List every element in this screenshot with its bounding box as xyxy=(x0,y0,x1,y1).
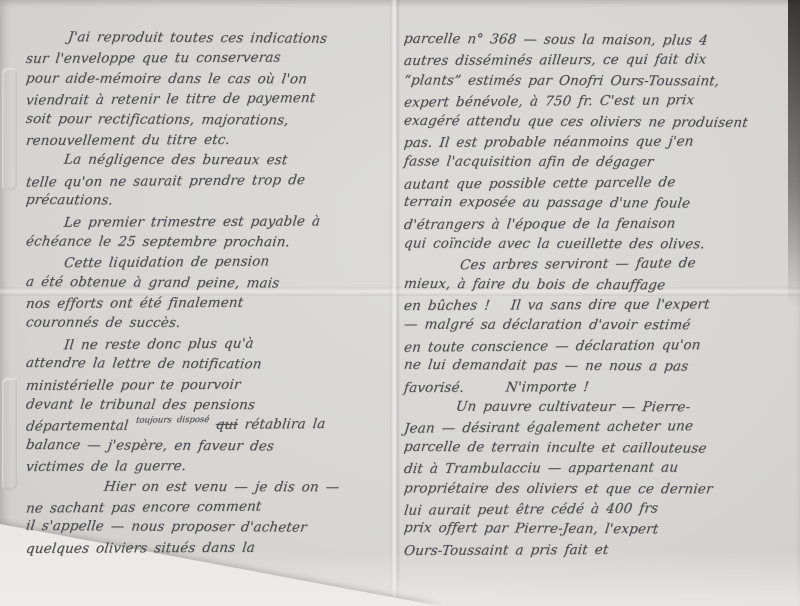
embossed-watermark xyxy=(2,68,17,190)
handwritten-line: échéance le 25 septembre prochain. xyxy=(25,231,388,252)
struck-word: qui xyxy=(215,417,239,433)
handwriting-text: échéance le 25 septembre prochain. xyxy=(25,233,291,250)
handwritten-line: terrain exposée au passage d'une foule xyxy=(403,192,796,215)
handwritten-line: il s'appelle — nous proposer d'acheter xyxy=(25,516,388,539)
handwritten-line: pour aide-mémoire dans le cas où l'on xyxy=(25,68,388,89)
handwritten-line: propriétaire des oliviers et que ce dern… xyxy=(403,478,796,499)
handwriting-text: Le premier trimestre est payable à xyxy=(63,213,321,230)
center-fold-crease xyxy=(390,0,400,606)
handwritten-line: balance — j'espère, en faveur des xyxy=(25,435,388,458)
handwritten-line: soit pour rectifications, majorations, xyxy=(25,108,388,131)
handwriting-text: Ours-Toussaint a pris fait et xyxy=(403,542,609,559)
handwritten-line: a été obtenue à grand peine, mais xyxy=(25,272,388,295)
handwritten-line: La négligence des bureaux est xyxy=(25,150,388,171)
handwritten-line: nos efforts ont été finalement xyxy=(25,292,387,314)
handwriting-text: Ces arbres serviront — faute de xyxy=(459,255,696,273)
handwritten-line: viendrait à retenir le titre de payement xyxy=(25,88,387,112)
handwriting-text: expert bénévole, à 750 fr. C'est un prix xyxy=(403,92,695,111)
handwriting-text: propriétaire des oliviers et que ce dern… xyxy=(403,480,714,497)
handwritten-line: qui coïncide avec la cueillette des oliv… xyxy=(403,233,796,254)
handwritten-line: sur l'enveloppe que tu conserveras xyxy=(25,47,387,69)
handwriting-text: d'étrangers à l'époque de la fenaison xyxy=(403,215,676,232)
handwriting-text: pas. Il est probable néanmoins que j'en xyxy=(403,133,694,151)
handwriting-text: Cette liquidation de pension xyxy=(63,254,270,272)
handwritten-line: quelques oliviers situés dans la xyxy=(25,537,387,559)
handwriting-text: en bûches ! Il va sans dire que l'expert xyxy=(403,296,711,314)
handwritten-line: Jean — désirant également acheter une xyxy=(403,416,795,440)
handwriting-text: qui coïncide avec la cueillette des oliv… xyxy=(403,235,706,252)
handwriting-text: soit pour rectifications, majorations, xyxy=(25,110,290,128)
handwriting-text: victimes de la guerre. xyxy=(25,458,187,475)
letter-page-left: J'ai reproduit toutes ces indicationssur… xyxy=(26,28,386,558)
handwriting-text: — malgré sa déclaration d'avoir estimé xyxy=(403,317,691,334)
handwritten-line: J'ai reproduit toutes ces indications xyxy=(25,27,388,50)
handwriting-text: ne sachant pas encore comment xyxy=(25,498,262,516)
handwritten-line: Ours-Toussaint a pris fait et xyxy=(403,539,795,561)
handwritten-line: Hier on est venu — je dis on — xyxy=(25,476,388,497)
handwriting-text: Jean — désirant également acheter une xyxy=(403,419,694,438)
handwriting-text: nos efforts ont été finalement xyxy=(25,295,244,312)
handwritten-line: expert bénévole, à 750 fr. C'est un prix xyxy=(403,89,795,113)
handwriting-text: quelques oliviers situés dans la xyxy=(25,540,256,557)
handwriting-text: attendre la lettre de notification xyxy=(25,355,263,372)
handwriting-text: couronnés de succès. xyxy=(25,315,181,331)
handwriting-text: Hier on est venu — je dis on — xyxy=(103,478,340,495)
handwritten-line: exagéré attendu que ces oliviers ne prod… xyxy=(403,110,796,133)
handwriting-text: ne lui demandait pas — ne nous a pas xyxy=(403,357,689,375)
handwriting-text: mieux, à faire du bois de chauffage xyxy=(403,276,666,294)
handwritten-line: d'étrangers à l'époque de la fenaison xyxy=(403,212,795,234)
handwritten-line: ne lui demandait pas — ne nous a pas xyxy=(403,355,796,378)
handwriting-text: favorisé. N'importe ! xyxy=(403,379,590,396)
handwriting-text: Il ne reste donc plus qu'à xyxy=(63,335,255,353)
handwriting-text: Un pauvre cultivateur — Pierre- xyxy=(455,399,691,416)
handwriting-text: rétablira la xyxy=(237,416,326,433)
handwritten-line: départemental toujours disposé qui rétab… xyxy=(25,414,387,438)
handwritten-line: Le premier trimestre est payable à xyxy=(25,211,387,233)
handwriting-text: en toute conscience — déclaration qu'on xyxy=(403,337,701,356)
handwritten-line: favorisé. N'importe ! xyxy=(403,376,795,398)
handwriting-text: a été obtenue à grand peine, mais xyxy=(25,274,280,292)
handwriting-text: viendrait à retenir le titre de payement xyxy=(25,90,316,109)
handwritten-line: parcelle n° 368 — sous la maison, plus 4 xyxy=(403,29,796,52)
handwritten-line: parcelle de terrain inculte et cailloute… xyxy=(403,437,796,460)
handwriting-text: renouvellement du titre etc. xyxy=(25,132,231,149)
handwritten-line: dit à Trambulacciu — appartenant au xyxy=(403,457,795,479)
handwriting-text: La négligence des bureaux est xyxy=(63,152,288,169)
handwriting-text: précautions. xyxy=(25,192,114,209)
handwriting-text: exagéré attendu que ces oliviers ne prod… xyxy=(403,112,749,130)
handwriting-text: fasse l'acquisition afin de dégager xyxy=(403,154,655,171)
handwriting-text: telle qu'on ne saurait prendre trop de xyxy=(25,172,306,190)
handwriting-text: balance — j'espère, en faveur des xyxy=(25,437,275,455)
handwritten-line: fasse l'acquisition afin de dégager xyxy=(403,152,796,173)
letter-photograph: J'ai reproduit toutes ces indicationssur… xyxy=(0,0,800,606)
handwritten-line: Ces arbres serviront — faute de xyxy=(403,253,795,277)
handwriting-text: départemental xyxy=(25,418,136,435)
handwritten-line: Un pauvre cultivateur — Pierre- xyxy=(403,397,796,418)
handwritten-line: attendre la lettre de notification xyxy=(25,353,388,376)
letter-page-right: parcelle n° 368 — sous la maison, plus 4… xyxy=(404,30,794,560)
handwritten-line: mieux, à faire du bois de chauffage xyxy=(403,274,796,297)
handwritten-line: pas. Il est probable néanmoins que j'en xyxy=(403,131,795,153)
handwritten-line: en bûches ! Il va sans dire que l'expert xyxy=(403,294,795,316)
handwritten-line: prix offert par Pierre-Jean, l'expert xyxy=(403,518,796,541)
handwritten-line: précautions. xyxy=(25,190,388,213)
handwriting-text: sur l'enveloppe que tu conserveras xyxy=(25,50,282,67)
handwriting-text: parcelle de terrain inculte et cailloute… xyxy=(403,439,708,457)
handwriting-text: devant le tribunal des pensions xyxy=(25,397,256,414)
handwritten-line: — malgré sa déclaration d'avoir estimé xyxy=(403,315,796,336)
handwriting-text: ministérielle pour te pourvoir xyxy=(25,376,241,393)
handwriting-text: autant que possible cette parcelle de xyxy=(403,174,676,192)
embossed-watermark xyxy=(2,378,17,490)
interline-insertion: toujours disposé xyxy=(135,415,209,426)
handwriting-text: terrain exposée au passage d'une foule xyxy=(403,194,691,212)
handwriting-text: prix offert par Pierre-Jean, l'expert xyxy=(403,520,659,538)
handwritten-line: autres disséminés ailleurs, ce qui fait … xyxy=(403,49,795,71)
handwritten-line: renouvellement du titre etc. xyxy=(25,129,387,151)
handwriting-text: J'ai reproduit toutes ces indications xyxy=(67,29,328,47)
handwritten-line: victimes de la guerre. xyxy=(25,455,387,477)
handwriting-text: parcelle n° 368 — sous la maison, plus 4 xyxy=(403,31,709,49)
handwritten-line: devant le tribunal des pensions xyxy=(25,395,388,416)
handwriting-text: pour aide-mémoire dans le cas où l'on xyxy=(25,70,308,87)
handwriting-text: “plants” estimés par Onofri Ours-Toussai… xyxy=(403,72,720,89)
handwriting-text: dit à Trambulacciu — appartenant au xyxy=(403,460,679,477)
handwriting-text: lui aurait peut être cédé à 400 frs xyxy=(403,500,659,518)
handwriting-text: il s'appelle — nous proposer d'acheter xyxy=(25,518,308,536)
handwritten-line: Cette liquidation de pension xyxy=(25,251,387,275)
handwriting-text: autres disséminés ailleurs, ce qui fait … xyxy=(403,52,707,70)
handwritten-line: couronnés de succès. xyxy=(25,313,388,334)
handwritten-line: telle qu'on ne saurait prendre trop de xyxy=(25,169,387,193)
handwritten-line: ministérielle pour te pourvoir xyxy=(25,374,387,396)
handwritten-line: “plants” estimés par Onofri Ours-Toussai… xyxy=(403,70,796,91)
